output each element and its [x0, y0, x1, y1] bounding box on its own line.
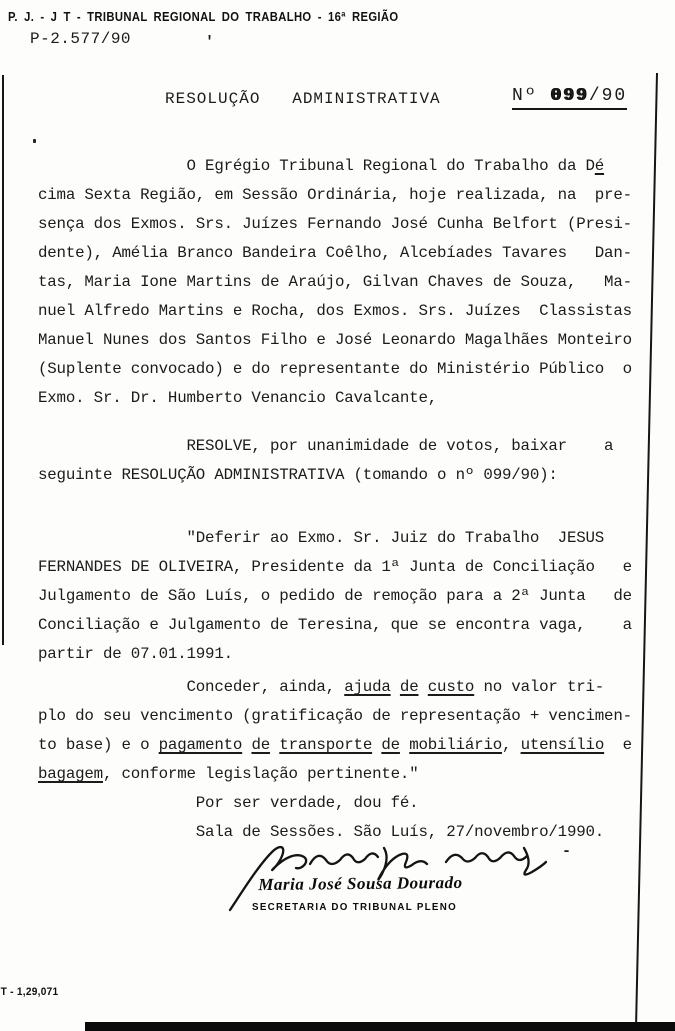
- text-line: Por ser verdade, dou fé.: [38, 789, 663, 818]
- ink-mark-dash: -: [562, 843, 571, 860]
- text-line: RESOLVE, por unanimidade de votos, baixa…: [38, 432, 663, 461]
- text-line: Exmo. Sr. Dr. Humberto Venancio Cavalcan…: [38, 384, 663, 413]
- scanned-document-page: P. J. - J T - TRIBUNAL REGIONAL DO TRABA…: [0, 0, 675, 1031]
- resolution-number: Nº 099/90: [512, 86, 627, 110]
- text-line: bagagem, conforme legislação pertinente.…: [38, 760, 663, 789]
- text-line: Julgamento de São Luís, o pedido de remo…: [38, 582, 663, 611]
- ink-mark-apostrophe: ': [205, 34, 214, 51]
- text-line: nuel Alfredo Martins e Rocha, dos Exmos.…: [38, 297, 663, 326]
- text-line: Manuel Nunes dos Santos Filho e José Leo…: [38, 326, 663, 355]
- resolution-number-digits: 099: [550, 86, 588, 106]
- resolution-number-year: /90: [589, 86, 627, 106]
- document-body: O Egrégio Tribunal Regional do Trabalho …: [38, 152, 663, 847]
- text-line: plo do seu vencimento (gratificação de r…: [38, 702, 663, 731]
- text-line: O Egrégio Tribunal Regional do Trabalho …: [38, 152, 663, 181]
- document-title: RESOLUÇÃO ADMINISTRATIVA: [165, 90, 441, 108]
- scan-edge-bar: [85, 1022, 675, 1031]
- paragraph-resolve: RESOLVE, por unanimidade de votos, baixa…: [38, 432, 663, 490]
- text-line: to base) e o pagamento de transporte de …: [38, 731, 663, 760]
- letterhead-court-name: P. J. - J T - TRIBUNAL REGIONAL DO TRABA…: [8, 10, 399, 24]
- text-line: "Deferir ao Exmo. Sr. Juiz do Trabalho J…: [38, 524, 663, 553]
- text-line: partir de 07.01.1991.: [38, 640, 663, 669]
- resolution-number-label: Nº: [512, 86, 550, 106]
- text-line: FERNANDES DE OLIVEIRA, Presidente da 1ª …: [38, 553, 663, 582]
- text-line: sença dos Exmos. Srs. Juízes Fernando Jo…: [38, 210, 663, 239]
- paragraph-preamble: O Egrégio Tribunal Regional do Trabalho …: [38, 152, 663, 413]
- paragraph-deferir: "Deferir ao Exmo. Sr. Juiz do Trabalho J…: [38, 524, 663, 669]
- paragraph-conceder: Conceder, ainda, ajuda de custo no valor…: [38, 673, 663, 789]
- text-line: Conciliação e Julgamento de Teresina, qu…: [38, 611, 663, 640]
- process-number: P-2.577/90: [30, 30, 131, 48]
- stamp-signatory-title: SECRETARIA DO TRIBUNAL PLENO: [252, 901, 457, 913]
- text-line: seguinte RESOLUÇÃO ADMINISTRATIVA (toman…: [38, 461, 663, 490]
- print-code: RT - 1,29,071: [0, 986, 58, 998]
- scan-border-left: [2, 75, 4, 645]
- text-line: Conceder, ainda, ajuda de custo no valor…: [38, 673, 663, 702]
- text-line: dente), Amélia Branco Bandeira Coêlho, A…: [38, 239, 663, 268]
- ink-speck: [33, 139, 36, 143]
- text-line: cima Sexta Região, em Sessão Ordinária, …: [38, 181, 663, 210]
- stamp-signatory-name: Maria José Sousa Dourado: [248, 873, 473, 895]
- text-line: (Suplente convocado) e do representante …: [38, 355, 663, 384]
- text-line: tas, Maria Ione Martins de Araújo, Gilva…: [38, 268, 663, 297]
